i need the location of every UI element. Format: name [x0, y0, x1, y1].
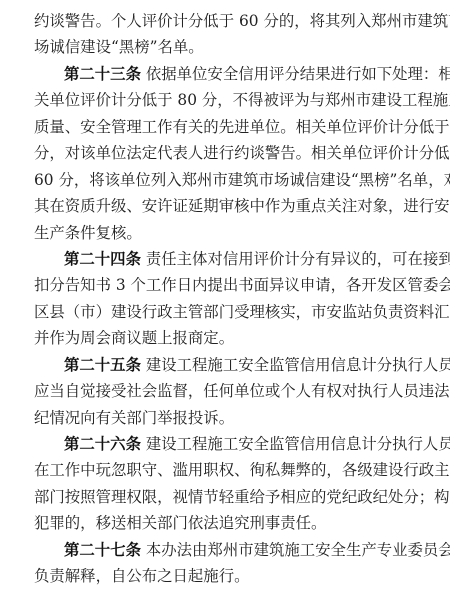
text-span: 建设工程施工安全监管信用信息计分执行人员 — [141, 435, 450, 453]
text-line: 场诚信建设“黑榜”名单。 — [34, 34, 428, 60]
article-heading-27: 第二十七条 — [64, 541, 141, 559]
text-line: 区县（市）建设行政主管部门受理核实，市安监站负责资料汇总 — [34, 299, 428, 325]
article-heading-26: 第二十六条 — [64, 435, 141, 453]
article-27-first-line: 第二十七条 本办法由郑州市建筑施工安全生产专业委员会 — [34, 537, 428, 563]
text-line: 并作为周会商议题上报商定。 — [34, 325, 428, 351]
text-span: 建设工程施工安全监管信用信息计分执行人员 — [141, 356, 450, 374]
article-23-first-line: 第二十三条 依据单位安全信用评分结果进行如下处理：相 — [34, 61, 428, 87]
text-line: 生产条件复核。 — [34, 220, 428, 246]
article-heading-25: 第二十五条 — [64, 356, 141, 374]
article-24-first-line: 第二十四条 责任主体对信用评价计分有异议的，可在接到 — [34, 246, 428, 272]
article-26-first-line: 第二十六条 建设工程施工安全监管信用信息计分执行人员 — [34, 431, 428, 457]
text-span: 本办法由郑州市建筑施工安全生产专业委员会 — [141, 541, 450, 559]
article-25-first-line: 第二十五条 建设工程施工安全监管信用信息计分执行人员 — [34, 352, 428, 378]
text-line: 部门按照管理权限，视情节轻重给予相应的党纪政纪处分；构成 — [34, 484, 428, 510]
text-span: 依据单位安全信用评分结果进行如下处理：相 — [141, 65, 450, 83]
article-heading-24: 第二十四条 — [64, 250, 141, 268]
text-line: 关单位评价计分低于 80 分，不得被评为与郑州市建设工程施工 — [34, 87, 428, 113]
text-line: 其在资质升级、安许证延期审核中作为重点关注对象，进行安全 — [34, 193, 428, 219]
article-heading-23: 第二十三条 — [64, 65, 141, 83]
text-span: 责任主体对信用评价计分有异议的，可在接到 — [141, 250, 450, 268]
document-page: 约谈警告。个人评价计分低于 60 分的，将其列入郑州市建筑市 场诚信建设“黑榜”… — [34, 8, 428, 590]
text-line: 约谈警告。个人评价计分低于 60 分的，将其列入郑州市建筑市 — [34, 8, 428, 34]
text-line: 分，对该单位法定代表人进行约谈警告。相关单位评价计分低于 — [34, 140, 428, 166]
text-line: 犯罪的，移送相关部门依法追究刑事责任。 — [34, 510, 428, 536]
text-line: 质量、安全管理工作有关的先进单位。相关单位评价计分低于 70 — [34, 114, 428, 140]
text-line: 在工作中玩忽职守、滥用职权、徇私舞弊的，各级建设行政主管 — [34, 457, 428, 483]
text-line: 应当自觉接受社会监督，任何单位或个人有权对执行人员违法违 — [34, 378, 428, 404]
text-line: 纪情况向有关部门举报投诉。 — [34, 405, 428, 431]
text-line: 负责解释，自公布之日起施行。 — [34, 563, 428, 589]
text-line: 扣分告知书 3 个工作日内提出书面异议申请，各开发区管委会、 — [34, 272, 428, 298]
text-line: 60 分，将该单位列入郑州市建筑市场诚信建设“黑榜”名单，对 — [34, 167, 428, 193]
